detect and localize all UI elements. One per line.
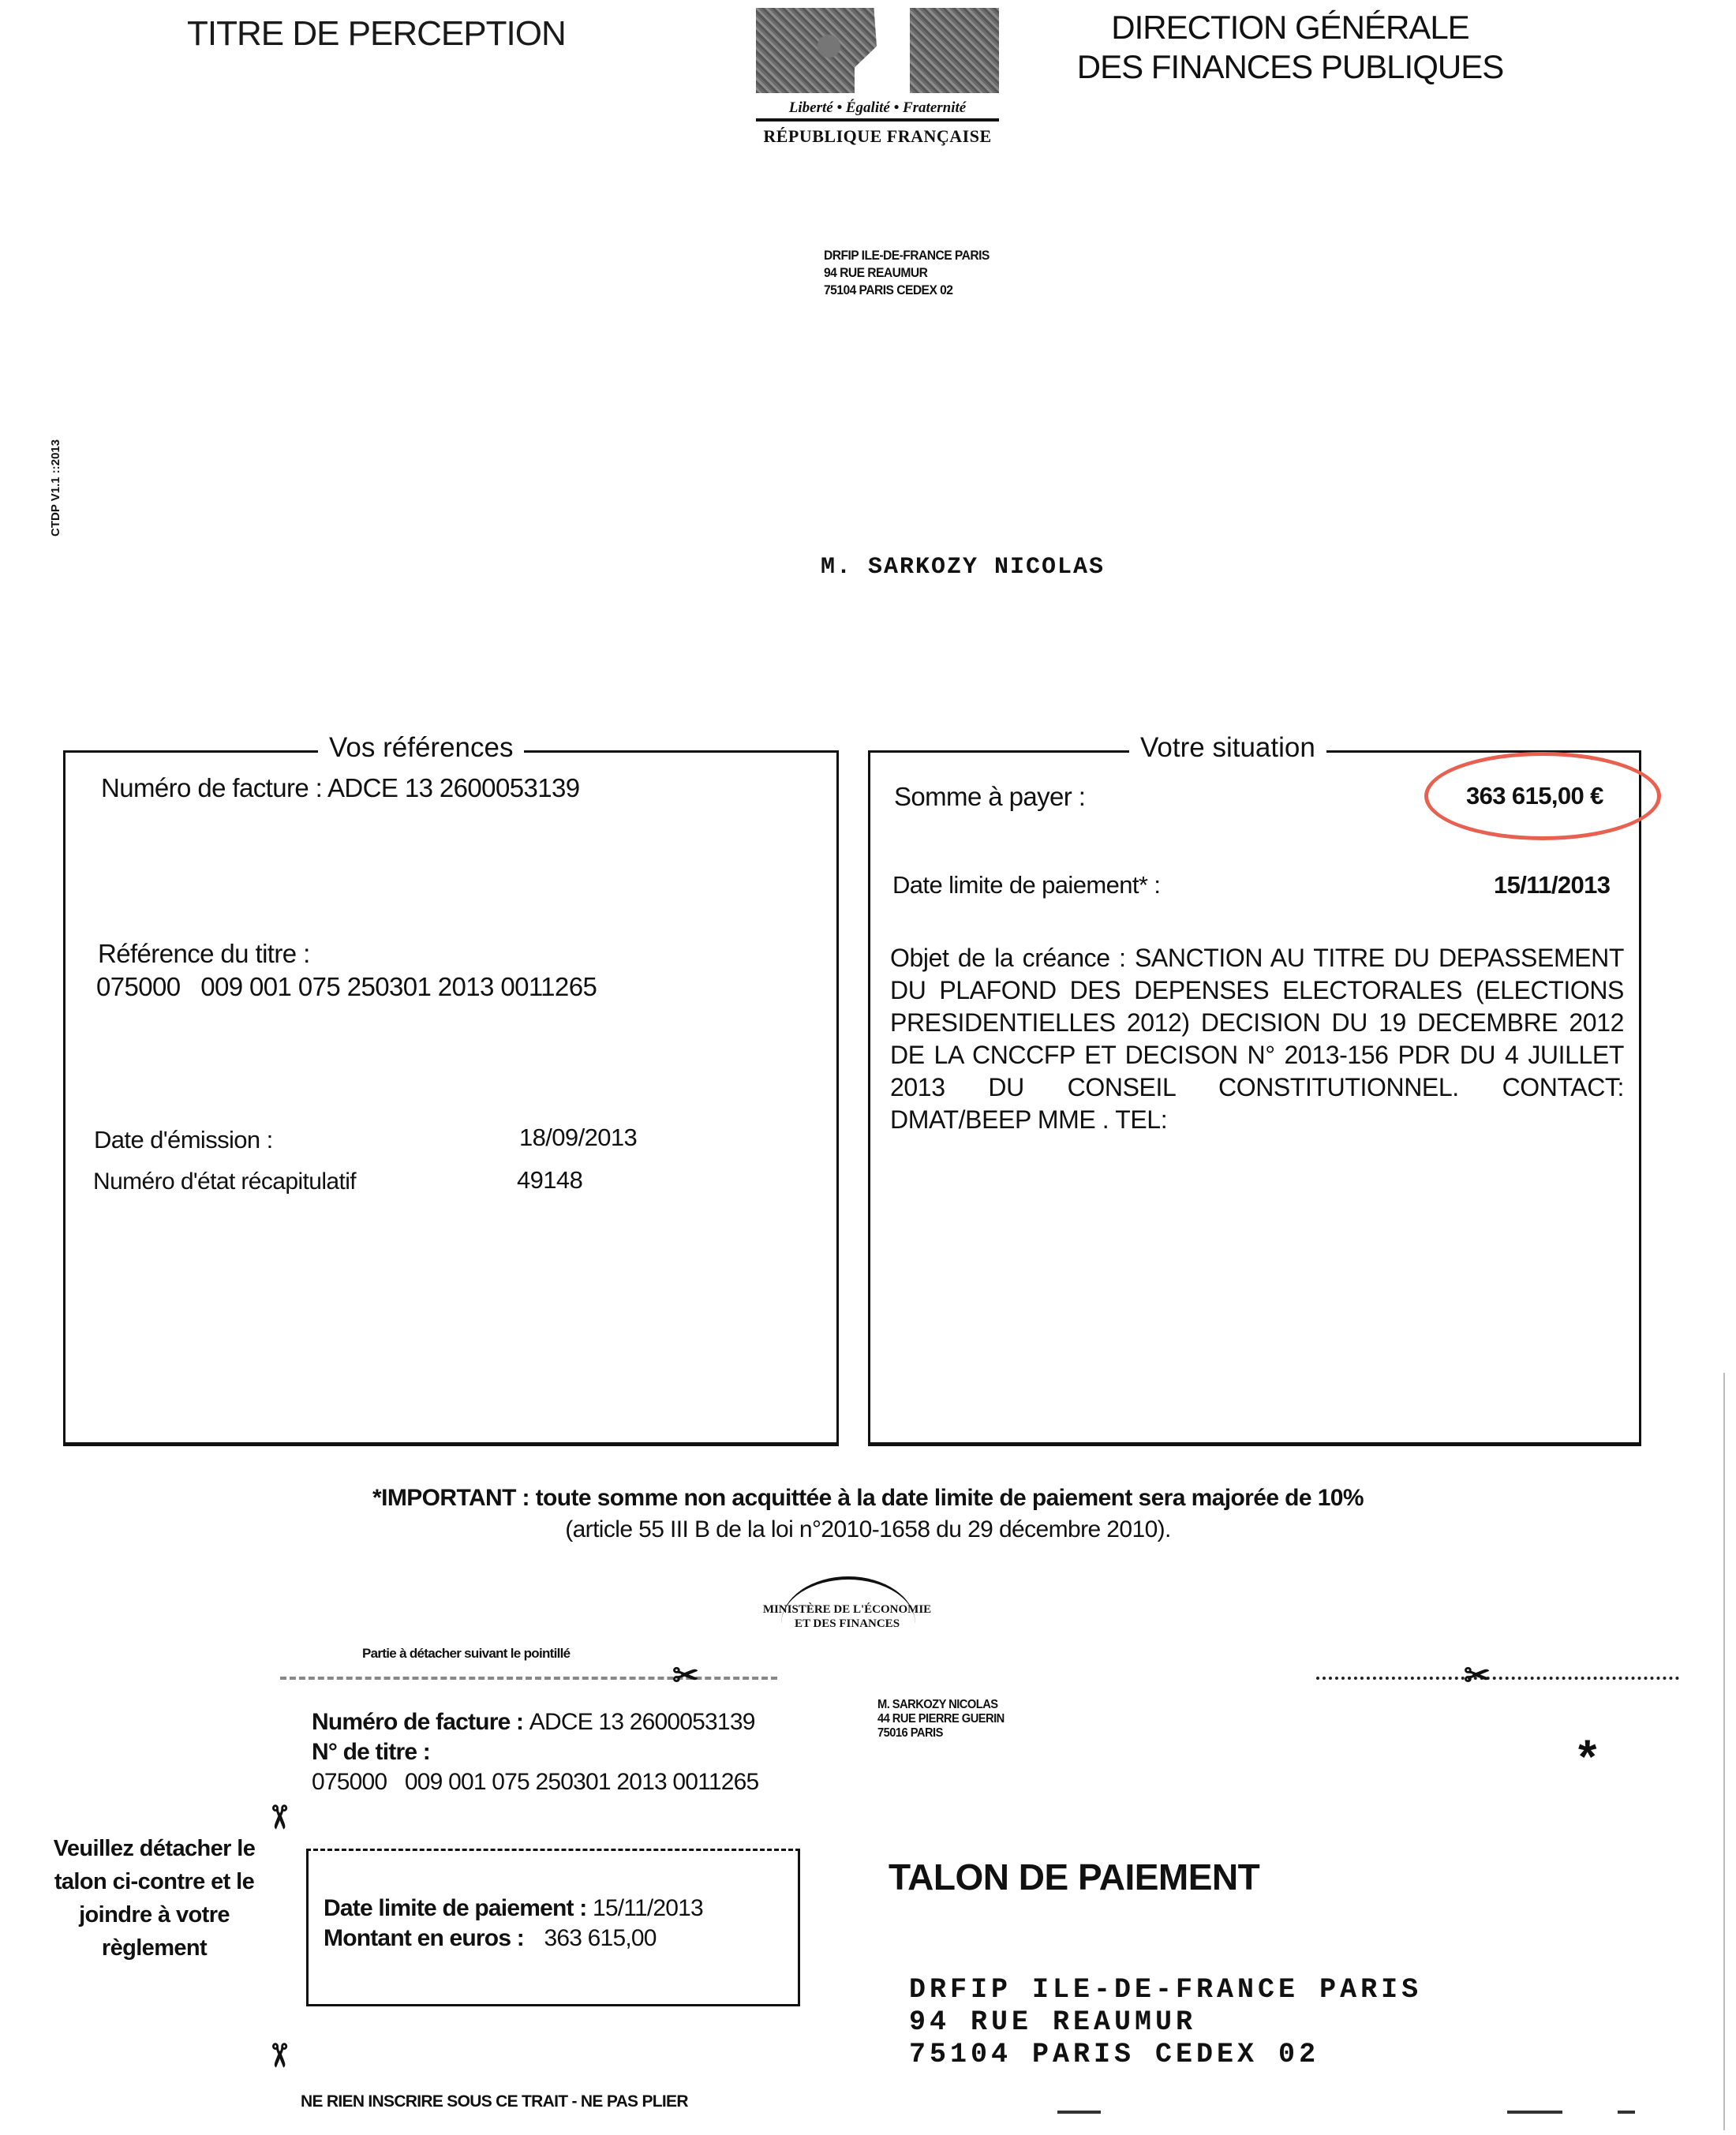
stub-invoice-value: ADCE 13 2600053139 <box>529 1709 755 1735</box>
invoice-number-value: ADCE 13 2600053139 <box>327 773 579 802</box>
asterisk-mark: * <box>1578 1729 1596 1784</box>
detach-instructions: Veuillez détacher le talon ci-contre et … <box>45 1832 264 1965</box>
ministry-line: MINISTÈRE DE L'ÉCONOMIE <box>738 1602 956 1617</box>
detach-line-right <box>1316 1677 1679 1680</box>
invoice-number-row: Numéro de facture : ADCE 13 2600053139 <box>101 773 579 803</box>
payer-address: M. SARKOZY NICOLAS 44 RUE PIERRE GUERIN … <box>877 1698 1005 1741</box>
issuing-organization: DIRECTION GÉNÉRALE DES FINANCES PUBLIQUE… <box>1049 8 1531 87</box>
footer-mark <box>1057 2111 1101 2114</box>
scissors-icon: ✂ <box>263 2042 294 2069</box>
sender-address-line: DRFIP ILE-DE-FRANCE PARIS <box>824 247 990 264</box>
footer-mark <box>1507 2111 1562 2114</box>
references-legend: Vos références <box>318 732 524 764</box>
stub-deadline-row: Date limite de paiement : 15/11/2013 <box>324 1895 703 1922</box>
claim-object: Objet de la créance : SANCTION AU TITRE … <box>890 942 1624 1136</box>
scissors-icon: ✂ <box>672 1660 699 1692</box>
republique-francaise-logo: Liberté • Égalité • Fraternité RÉPUBLIQU… <box>756 8 999 150</box>
title-reference-value: 075000 009 001 075 250301 2013 0011265 <box>96 972 597 1002</box>
stub-amount-value: 363 615,00 <box>544 1925 656 1951</box>
scissors-icon: ✂ <box>1464 1660 1491 1692</box>
stub-amount-row: Montant en euros : 363 615,00 <box>324 1925 657 1952</box>
summary-number-label: Numéro d'état récapitulatif <box>93 1168 356 1195</box>
payment-deadline-value: 15/11/2013 <box>1494 871 1610 899</box>
sender-address: DRFIP ILE-DE-FRANCE PARIS 94 RUE REAUMUR… <box>824 247 990 299</box>
scissors-icon: ✂ <box>263 1804 294 1830</box>
invoice-number-label: Numéro de facture : <box>101 773 322 802</box>
ministry-line: ET DES FINANCES <box>738 1617 956 1631</box>
detach-line-left <box>280 1677 777 1680</box>
payer-address-line: 75016 PARIS <box>877 1726 1005 1741</box>
issue-date-label: Date d'émission : <box>94 1126 273 1154</box>
return-address: DRFIP ILE-DE-FRANCE PARIS 94 RUE REAUMUR… <box>909 1974 1422 2071</box>
recipient-name: M. SARKOZY NICOLAS <box>821 554 1105 581</box>
stub-deadline-label: Date limite de paiement : <box>324 1895 586 1921</box>
form-code: CTDP V1.1 ::2013 <box>49 439 62 537</box>
issue-date-value: 18/09/2013 <box>519 1124 637 1152</box>
logo-name: RÉPUBLIQUE FRANÇAISE <box>756 126 999 147</box>
sender-address-line: 94 RUE REAUMUR <box>824 264 990 282</box>
marianne-icon <box>756 8 999 93</box>
stub-invoice-label: Numéro de facture : <box>312 1709 523 1735</box>
return-address-line: DRFIP ILE-DE-FRANCE PARIS <box>909 1974 1422 2006</box>
do-not-write-notice: NE RIEN INSCRIRE SOUS CE TRAIT - NE PAS … <box>301 2092 688 2111</box>
amount-due-label: Somme à payer : <box>894 782 1085 812</box>
amount-highlight-circle <box>1424 752 1661 840</box>
references-box: Vos références <box>63 750 839 1446</box>
summary-number-value: 49148 <box>517 1166 582 1195</box>
stub-invoice-row: Numéro de facture : ADCE 13 2600053139 <box>312 1709 755 1736</box>
stub-amount-label: Montant en euros : <box>324 1925 524 1951</box>
logo-motto: Liberté • Égalité • Fraternité <box>756 99 999 122</box>
ministry-logo: MINISTÈRE DE L'ÉCONOMIE ET DES FINANCES <box>738 1576 956 1643</box>
org-line-1: DIRECTION GÉNÉRALE <box>1049 8 1531 47</box>
payer-address-line: M. SARKOZY NICOLAS <box>877 1698 1005 1712</box>
legal-reference: (article 55 III B de la loi n°2010-1658 … <box>0 1516 1736 1543</box>
return-address-line: 94 RUE REAUMUR <box>909 2006 1422 2039</box>
stub-deadline-value: 15/11/2013 <box>593 1895 703 1921</box>
page-edge <box>1723 1373 1725 2130</box>
stub-title-label: N° de titre : <box>312 1739 430 1766</box>
footer-mark <box>1618 2111 1635 2114</box>
return-address-line: 75104 PARIS CEDEX 02 <box>909 2039 1422 2071</box>
situation-legend: Votre situation <box>1129 732 1326 764</box>
stub-title-value: 075000 009 001 075 250301 2013 0011265 <box>312 1769 758 1796</box>
org-line-2: DES FINANCES PUBLIQUES <box>1049 47 1531 87</box>
payment-stub-title: TALON DE PAIEMENT <box>889 1856 1259 1898</box>
payment-deadline-label: Date limite de paiement* : <box>892 871 1160 899</box>
detach-hint: Partie à détacher suivant le pointillé <box>362 1646 570 1662</box>
payer-address-line: 44 RUE PIERRE GUERIN <box>877 1712 1005 1726</box>
late-payment-notice: *IMPORTANT : toute somme non acquittée à… <box>0 1485 1736 1512</box>
document-title: TITRE DE PERCEPTION <box>187 14 566 54</box>
sender-address-line: 75104 PARIS CEDEX 02 <box>824 282 990 299</box>
title-reference-label: Référence du titre : <box>98 939 310 969</box>
